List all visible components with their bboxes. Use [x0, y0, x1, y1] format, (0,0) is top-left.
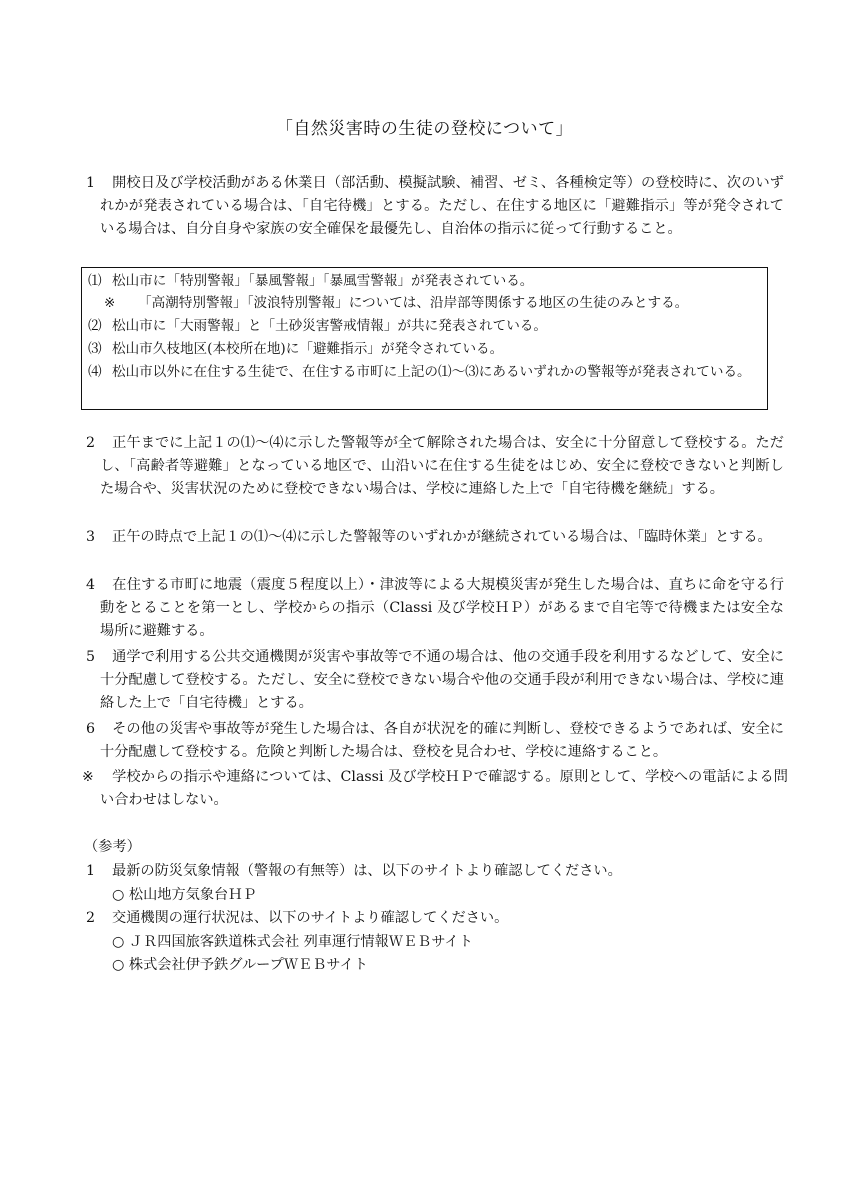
section-3: 3正午の時点で上記１の⑴～⑷に示した警報等のいずれかが継続されている場合は、「臨…: [86, 526, 784, 549]
reference-number: 2: [86, 907, 112, 930]
reference-item-1: 1最新の防災気象情報（警報の有無等）は、以下のサイトより確認してください。: [86, 860, 622, 883]
link-jma-matsuyama[interactable]: ○ 松山地方気象台ＨＰ: [112, 884, 257, 907]
condition-number: ⑶: [88, 338, 112, 360]
conditions-box: ⑴松山市に「特別警報」「暴風警報」「暴風雪警報」が発表されている。 ※「高潮特別…: [81, 267, 768, 410]
section-number: 4: [86, 574, 112, 597]
condition-text: 松山市以外に在住する生徒で、在住する市町に上記の⑴～⑶にあるいずれかの警報等が発…: [112, 364, 751, 380]
link-jr-shikoku[interactable]: ○ ＪＲ四国旅客鉄道株式会社 列車運行情報ＷＥＢサイト: [112, 931, 473, 954]
section-number: 5: [86, 646, 112, 669]
section-number: 1: [86, 172, 112, 195]
condition-item-3: ⑶松山市久枝地区(本校所在地)に「避難指示」が発令されている。: [88, 338, 762, 360]
condition-text: 松山市に「大雨警報」と「土砂災害警戒情報」が共に発表されている。: [112, 318, 547, 334]
section-4: 4在住する市町に地震（震度５程度以上）・津波等による大規模災害が発生した場合は、…: [86, 574, 784, 643]
link-iyotetsu[interactable]: ○ 株式会社伊予鉄グループＷＥＢサイト: [112, 954, 368, 977]
section-5: 5通学で利用する公共交通機関が災害や事故等で不通の場合は、他の交通手段を利用する…: [86, 646, 784, 715]
section-note: ※学校からの指示や連絡については、Classi 及び学校ＨＰで確認する。原則とし…: [82, 766, 788, 812]
section-number: 2: [86, 432, 112, 455]
condition-number: ⑷: [88, 361, 112, 383]
reference-text: 交通機関の運行状況は、以下のサイトより確認してください。: [112, 910, 508, 926]
condition-note: ※「高潮特別警報」「波浪特別警報」については、沿岸部等関係する地区の生徒のみとす…: [104, 292, 778, 314]
condition-number: ⑴: [88, 270, 112, 292]
section-2: 2正午までに上記１の⑴～⑷に示した警報等が全て解除された場合は、安全に十分留意し…: [86, 432, 784, 501]
section-text: 在住する市町に地震（震度５程度以上）・津波等による大規模災害が発生した場合は、直…: [100, 577, 784, 639]
document-title: 「自然災害時の生徒の登校について」: [0, 114, 849, 139]
section-6: 6その他の災害や事故等が発生した場合は、各自が状況を的確に判断し、登校できるよう…: [86, 718, 784, 764]
note-mark: ※: [82, 766, 112, 789]
condition-item-1: ⑴松山市に「特別警報」「暴風警報」「暴風雪警報」が発表されている。: [88, 270, 762, 292]
note-mark: ※: [104, 292, 138, 314]
reference-heading: （参考）: [84, 836, 141, 859]
section-text: 通学で利用する公共交通機関が災害や事故等で不通の場合は、他の交通手段を利用するな…: [100, 649, 784, 711]
condition-item-2: ⑵松山市に「大雨警報」と「土砂災害警戒情報」が共に発表されている。: [88, 315, 762, 337]
condition-text: 「高潮特別警報」「波浪特別警報」については、沿岸部等関係する地区の生徒のみとする…: [138, 295, 688, 311]
section-text: 正午までに上記１の⑴～⑷に示した警報等が全て解除された場合は、安全に十分留意して…: [100, 435, 784, 497]
reference-item-2: 2交通機関の運行状況は、以下のサイトより確認してください。: [86, 907, 508, 930]
section-text: 学校からの指示や連絡については、Classi 及び学校ＨＰで確認する。原則として…: [100, 769, 788, 808]
condition-number: ⑵: [88, 315, 112, 337]
condition-text: 松山市に「特別警報」「暴風警報」「暴風雪警報」が発表されている。: [112, 273, 533, 289]
section-1: 1開校日及び学校活動がある休業日（部活動、模擬試験、補習、ゼミ、各種検定等）の登…: [86, 172, 784, 241]
section-text: 開校日及び学校活動がある休業日（部活動、模擬試験、補習、ゼミ、各種検定等）の登校…: [100, 175, 784, 237]
condition-text: 松山市久枝地区(本校所在地)に「避難指示」が発令されている。: [112, 341, 503, 357]
section-number: 3: [86, 526, 112, 549]
section-number: 6: [86, 718, 112, 741]
reference-text: 最新の防災気象情報（警報の有無等）は、以下のサイトより確認してください。: [112, 863, 622, 879]
condition-item-4: ⑷松山市以外に在住する生徒で、在住する市町に上記の⑴～⑶にあるいずれかの警報等が…: [88, 361, 762, 383]
section-text: その他の災害や事故等が発生した場合は、各自が状況を的確に判断し、登校できるようで…: [100, 721, 784, 760]
reference-number: 1: [86, 860, 112, 883]
section-text: 正午の時点で上記１の⑴～⑷に示した警報等のいずれかが継続されている場合は、「臨時…: [112, 529, 772, 545]
